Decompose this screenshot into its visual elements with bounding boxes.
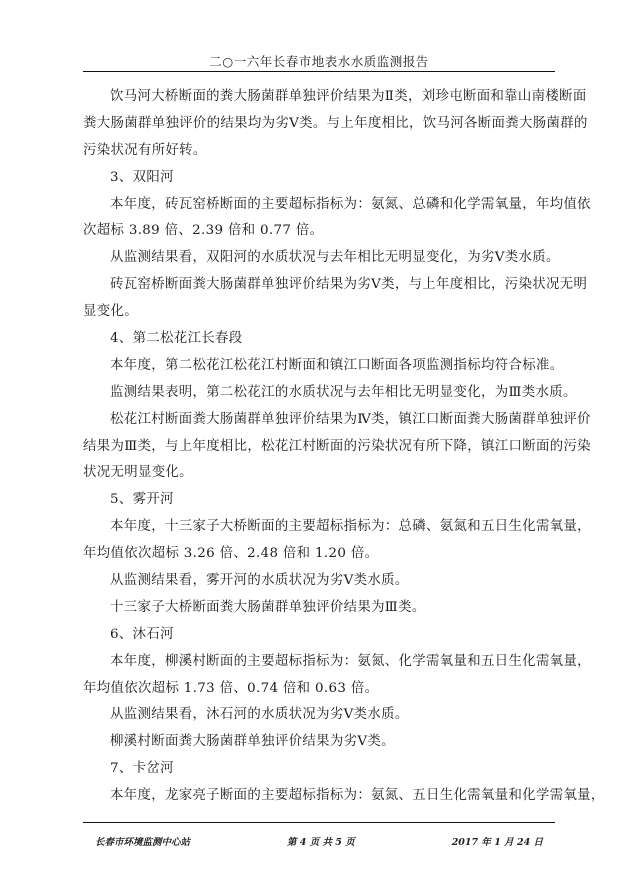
text-line: 本年度，十三家子大桥断面的主要超标指标为：总磷、氨氮和五日生化需氧量， xyxy=(83,514,555,541)
text-line: 本年度，柳溪村断面的主要超标指标为：氨氮、化学需氧量和五日生化需氧量， xyxy=(83,649,555,676)
page-footer: 长春市环境监测中心站 第 4 页 共 5 页 2017 年 1 月 24 日 xyxy=(95,834,543,848)
text-line: 饮马河大桥断面的粪大肠菌群单独评价结果为Ⅱ类，刘珍屯断面和靠山南楼断面 xyxy=(83,84,555,111)
text-line: 从监测结果看，沐石河的水质状况为劣Ⅴ类水质。 xyxy=(83,702,555,729)
footer-divider xyxy=(83,822,555,823)
header-divider xyxy=(83,71,555,72)
text-line: 次超标 3.89 倍、2.39 倍和 0.77 倍。 xyxy=(83,218,555,245)
text-line: 从监测结果看，双阳河的水质状况与去年相比无明显变化，为劣Ⅴ类水质。 xyxy=(83,245,555,272)
text-line: 从监测结果看，雾开河的水质状况为劣Ⅴ类水质。 xyxy=(83,568,555,595)
text-line: 本年度，第二松花江松花江村断面和镇江口断面各项监测指标均符合标准。 xyxy=(83,353,555,380)
text-line: 松花江村断面粪大肠菌群单独评价结果为Ⅳ类，镇江口断面粪大肠菌群单独评价 xyxy=(83,407,555,434)
footer-organization: 长春市环境监测中心站 xyxy=(95,834,190,848)
footer-date: 2017 年 1 月 24 日 xyxy=(452,834,543,848)
text-line: 十三家子大桥断面粪大肠菌群单独评价结果为Ⅲ类。 xyxy=(83,595,555,622)
section-heading: 5、雾开河 xyxy=(83,487,555,514)
footer-page-number: 第 4 页 共 5 页 xyxy=(287,834,355,848)
text-line: 结果为Ⅲ类，与上年度相比，松花江村断面的污染状况有所下降，镇江口断面的污染 xyxy=(83,434,555,461)
section-heading: 7、卡岔河 xyxy=(83,756,555,783)
text-line: 本年度，砖瓦窑桥断面的主要超标指标为：氨氮、总磷和化学需氧量，年均值依 xyxy=(83,192,555,219)
section-heading: 4、第二松花江长春段 xyxy=(83,326,555,353)
text-line: 砖瓦窑桥断面粪大肠菌群单独评价结果为劣Ⅴ类，与上年度相比，污染状况无明 xyxy=(83,272,555,299)
text-line: 年均值依次超标 1.73 倍、0.74 倍和 0.63 倍。 xyxy=(83,676,555,703)
text-line: 柳溪村断面粪大肠菌群单独评价结果为劣Ⅴ类。 xyxy=(83,729,555,756)
text-line: 显变化。 xyxy=(83,299,555,326)
document-body: 饮马河大桥断面的粪大肠菌群单独评价结果为Ⅱ类，刘珍屯断面和靠山南楼断面 粪大肠菌… xyxy=(83,84,555,810)
text-line: 监测结果表明，第二松花江的水质状况与去年相比无明显变化，为Ⅲ类水质。 xyxy=(83,380,555,407)
section-heading: 6、沐石河 xyxy=(83,622,555,649)
text-line: 粪大肠菌群单独评价的结果均为劣Ⅴ类。与上年度相比，饮马河各断面粪大肠菌群的 xyxy=(83,111,555,138)
page-header-title: 二○一六年长春市地表水水质监测报告 xyxy=(83,52,555,70)
text-line: 污染状况有所好转。 xyxy=(83,138,555,165)
text-line: 状况无明显变化。 xyxy=(83,460,555,487)
text-line: 本年度，龙家亮子断面的主要超标指标为：氨氮、五日生化需氧量和化学需氧量， xyxy=(83,783,555,810)
text-line: 年均值依次超标 3.26 倍、2.48 倍和 1.20 倍。 xyxy=(83,541,555,568)
section-heading: 3、双阳河 xyxy=(83,165,555,192)
